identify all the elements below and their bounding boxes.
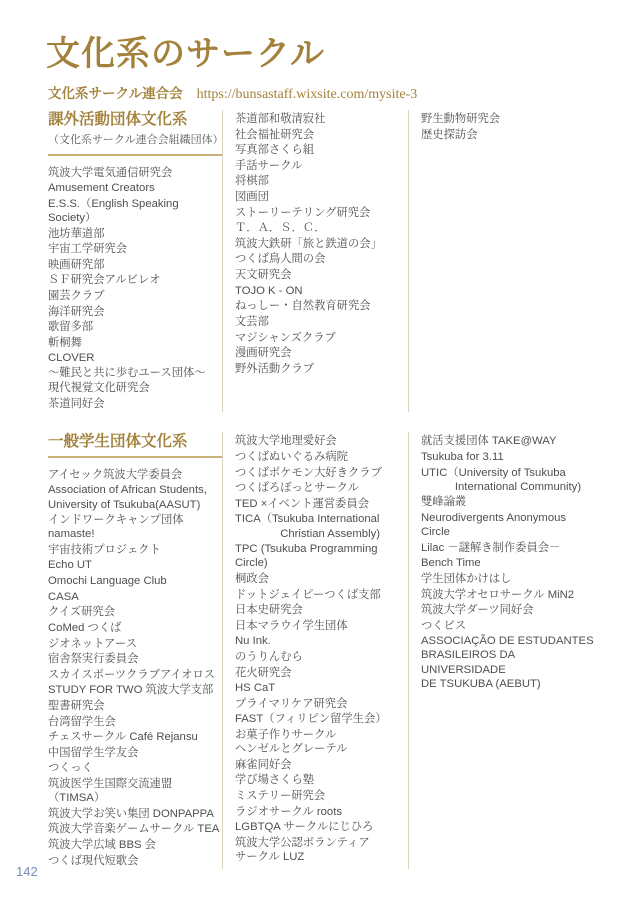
club-item: クイズ研究会 xyxy=(48,605,222,619)
club-item: チェスサークル Café Rejansu xyxy=(48,730,222,744)
club-item: つくっく xyxy=(48,761,222,775)
club-item: 宇宙技術プロジェクト xyxy=(48,543,222,557)
club-item: Echo UT xyxy=(48,558,222,572)
club-item: 筑波大学電気通信研究会 xyxy=(48,166,222,180)
club-item: TICA（Tsukuba International Christian Ass… xyxy=(235,512,396,540)
club-list: 野生動物研究会歴史探訪会 xyxy=(421,112,600,142)
club-item: 台湾留学生会 xyxy=(48,715,222,729)
club-item: 筑波大学音楽ゲームサークル TEA xyxy=(48,822,222,836)
club-item: Neurodivergents Anonymous Circle xyxy=(421,511,600,539)
section1-column-2: 茶道部和敬清寂社社会福祉研究会写真部さくら組手話サークル将棋部図画団ストーリーテ… xyxy=(222,110,409,412)
club-item: STUDY FOR TWO 筑波大学支部 xyxy=(48,683,222,697)
club-item: 図画団 xyxy=(235,190,396,204)
club-item: つくばポケモン大好きクラブ xyxy=(235,466,396,480)
club-item: マジシャンズクラブ xyxy=(235,331,396,345)
club-item: スカイスポーツクラブアイオロス xyxy=(48,668,222,682)
club-item: TOJO K - ON xyxy=(235,284,396,298)
club-item: CLOVER ～難民と共に歩むユース団体～ xyxy=(48,351,222,379)
club-item: 宿舎祭実行委員会 xyxy=(48,652,222,666)
club-item: HS CaT xyxy=(235,681,396,695)
section1-column-3: 野生動物研究会歴史探訪会 xyxy=(409,110,600,412)
club-item: 歌留多部 xyxy=(48,320,222,334)
club-item: 学生団体かけはし xyxy=(421,572,600,586)
club-item: ASSOCIAÇÃO DE ESTUDANTES BRASILEIROS DA … xyxy=(421,634,600,690)
club-item: Lilac －謎解き制作委員会－ xyxy=(421,541,600,555)
section1-heading: 課外活動団体文化系 xyxy=(48,110,222,129)
section2-column-3: 就活支援団体 TAKE@WAYTsukuba for 3.11UTIC（Univ… xyxy=(409,432,600,869)
club-list: アイセック筑波大学委員会Association of African Stude… xyxy=(48,468,222,868)
club-item: 手話サークル xyxy=(235,159,396,173)
club-item: 筑波大学オセロサークル MiN2 xyxy=(421,588,600,602)
club-item: 筑波大鉄研「旅と鉄道の会」 xyxy=(235,237,396,251)
club-item: ねっしー・自然教育研究会 xyxy=(235,299,396,313)
section2-rule xyxy=(48,456,222,458)
club-item: お菓子作りサークル ヘンゼルとグレーテル xyxy=(235,728,396,756)
club-list: 筑波大学地理愛好会つくばぬいぐるみ病院つくばポケモン大好きクラブつくばろぼっとサ… xyxy=(235,434,396,864)
club-list: 筑波大学電気通信研究会Amusement CreatorsE.S.S.（Engl… xyxy=(48,166,222,411)
club-item: 雙峰論叢 xyxy=(421,495,600,509)
club-item: FAST（フィリピン留学生会） xyxy=(235,712,396,726)
section1-column-1: 課外活動団体文化系 （文化系サークル連合会組織団体） 筑波大学電気通信研究会Am… xyxy=(48,110,222,412)
club-item: LGBTQA サークルにじひろ xyxy=(235,820,396,834)
club-item: 筑波医学生国際交流連盟（TIMSA） xyxy=(48,777,222,805)
club-item: ＳＦ研究会アルビレオ xyxy=(48,273,222,287)
club-item: E.S.S.（English Speaking Society） xyxy=(48,197,222,225)
club-item: 現代視覚文化研究会 xyxy=(48,381,222,395)
club-item: 将棋部 xyxy=(235,174,396,188)
club-item: 就活支援団体 TAKE@WAY xyxy=(421,434,600,448)
club-item: 斬桐舞 xyxy=(48,336,222,350)
club-item: TED ×イベント運営委員会 xyxy=(235,497,396,511)
club-item: 学び場さくら塾 xyxy=(235,773,396,787)
section2-column-1: 一般学生団体文化系 アイセック筑波大学委員会Association of Afr… xyxy=(48,432,222,869)
federation-url-link[interactable]: https://bunsastaff.wixsite.com/mysite-3 xyxy=(197,87,418,103)
club-item: 茶道同好会 xyxy=(48,397,222,411)
club-item: CoMed つくば xyxy=(48,621,222,635)
club-item: Tsukuba for 3.11 xyxy=(421,450,600,464)
club-item: 聖書研究会 xyxy=(48,699,222,713)
club-item: Omochi Language Club xyxy=(48,574,222,588)
section2-heading: 一般学生団体文化系 xyxy=(48,432,222,451)
club-item: 日本史研究会 xyxy=(235,603,396,617)
club-item: ミステリー研究会 xyxy=(235,789,396,803)
club-item: Association of African Students, Univers… xyxy=(48,483,222,511)
club-item: Nu Ink. xyxy=(235,634,396,648)
club-item: 中国留学生学友会 xyxy=(48,746,222,760)
club-item: 茶道部和敬清寂社 xyxy=(235,112,396,126)
club-sections: 課外活動団体文化系 （文化系サークル連合会組織団体） 筑波大学電気通信研究会Am… xyxy=(48,110,600,869)
club-item: ストーリーテリング研究会 xyxy=(235,206,396,220)
club-item: 社会福祉研究会 xyxy=(235,128,396,142)
club-item: 海洋研究会 xyxy=(48,305,222,319)
club-item: 野生動物研究会 xyxy=(421,112,600,126)
club-item: つくビス xyxy=(421,619,600,633)
club-item: 宇宙工学研究会 xyxy=(48,242,222,256)
club-item: 園芸クラブ xyxy=(48,289,222,303)
section-general-student-cultural: 一般学生団体文化系 アイセック筑波大学委員会Association of Afr… xyxy=(48,432,600,869)
club-item: インドワークキャンプ団体 namaste! xyxy=(48,513,222,541)
club-item: つくば鳥人間の会 xyxy=(235,252,396,266)
club-item: 写真部さくら組 xyxy=(235,143,396,157)
club-item: つくば現代短歌会 xyxy=(48,854,222,868)
club-item: Bench Time xyxy=(421,556,600,570)
section1-subheading: （文化系サークル連合会組織団体） xyxy=(48,133,222,147)
club-list: 茶道部和敬清寂社社会福祉研究会写真部さくら組手話サークル将棋部図画団ストーリーテ… xyxy=(235,112,396,376)
club-item: 麻雀同好会 xyxy=(235,758,396,772)
club-item: 筑波大学広域 BBS 会 xyxy=(48,838,222,852)
club-item: 筑波大学地理愛好会 xyxy=(235,434,396,448)
club-item: 野外活動クラブ xyxy=(235,362,396,376)
club-item: つくばぬいぐるみ病院 xyxy=(235,450,396,464)
subtitle-row: 文化系サークル連合会 https://bunsastaff.wixsite.co… xyxy=(48,82,417,103)
club-item: 池坊華道部 xyxy=(48,227,222,241)
section-extracurricular-cultural: 課外活動団体文化系 （文化系サークル連合会組織団体） 筑波大学電気通信研究会Am… xyxy=(48,110,600,412)
club-item: TPC (Tsukuba Programming Circle) xyxy=(235,542,396,570)
club-item: プライマリケア研究会 xyxy=(235,697,396,711)
club-item: 桐政会 xyxy=(235,572,396,586)
club-item: CASA xyxy=(48,590,222,604)
club-item: ドットジェイピーつくば支部 xyxy=(235,588,396,602)
club-item: アイセック筑波大学委員会 xyxy=(48,468,222,482)
club-item: 歴史探訪会 xyxy=(421,128,600,142)
club-item: 筑波大学ダーツ同好会 xyxy=(421,603,600,617)
federation-label: 文化系サークル連合会 xyxy=(48,82,183,102)
club-item: のうりんむら xyxy=(235,650,396,664)
section1-rule xyxy=(48,154,222,156)
club-item: 漫画研究会 xyxy=(235,346,396,360)
club-item: UTIC（University of Tsukuba International… xyxy=(421,466,600,494)
page-number: 142 xyxy=(16,864,38,879)
club-item: 天文研究会 xyxy=(235,268,396,282)
club-item: 映画研究部 xyxy=(48,258,222,272)
section2-column-2: 筑波大学地理愛好会つくばぬいぐるみ病院つくばポケモン大好きクラブつくばろぼっとサ… xyxy=(222,432,409,869)
page-title: 文化系のサークル xyxy=(46,36,325,73)
club-item: Ｔ．Ａ．Ｓ．Ｃ． xyxy=(235,221,396,235)
club-list: 就活支援団体 TAKE@WAYTsukuba for 3.11UTIC（Univ… xyxy=(421,434,600,690)
club-item: Amusement Creators xyxy=(48,181,222,195)
club-item: ジオネットアース xyxy=(48,637,222,651)
club-item: つくばろぼっとサークル xyxy=(235,481,396,495)
club-item: 筑波大学お笑い集団 DONPAPPA xyxy=(48,807,222,821)
club-item: 文芸部 xyxy=(235,315,396,329)
club-item: 日本マラウイ学生団体 xyxy=(235,619,396,633)
club-item: 花火研究会 xyxy=(235,666,396,680)
club-item: ラジオサークル roots xyxy=(235,805,396,819)
club-item: 筑波大学公認ボランティア サークル LUZ xyxy=(235,836,396,864)
